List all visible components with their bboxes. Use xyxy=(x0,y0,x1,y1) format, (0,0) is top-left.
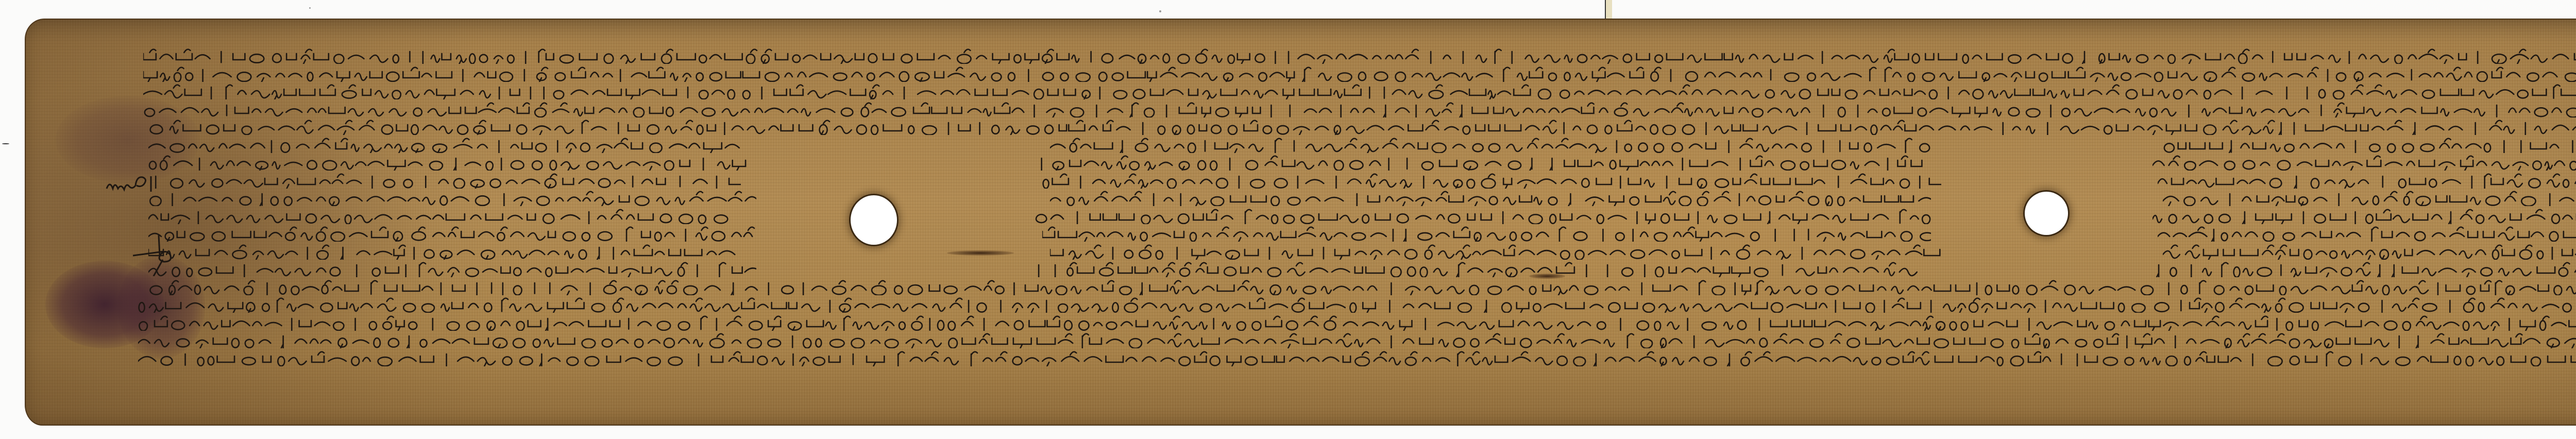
script-line xyxy=(2158,226,2576,242)
script-line xyxy=(148,173,741,189)
script-line xyxy=(143,102,2576,117)
script-line xyxy=(2153,155,2576,171)
script-line xyxy=(2163,191,2576,206)
script-line xyxy=(2158,173,2576,189)
script-line xyxy=(1050,138,1941,153)
palm-leaf: 2 8 7 xyxy=(25,19,2576,426)
string-hole-left xyxy=(851,195,897,245)
script-line xyxy=(148,280,2576,295)
script-line xyxy=(1035,209,1941,224)
scan-speck xyxy=(309,7,311,9)
script-line xyxy=(143,66,2576,82)
script-line xyxy=(148,138,741,153)
script-line xyxy=(1042,173,1941,189)
script-line xyxy=(1050,191,1931,206)
script-line xyxy=(138,297,2576,313)
script-line xyxy=(2153,262,2576,277)
script-line xyxy=(138,315,2576,331)
script-line xyxy=(1035,155,1931,171)
script-line xyxy=(148,120,2576,135)
scan-speck xyxy=(2,143,9,144)
scan-speck xyxy=(1159,10,1161,12)
string-hole-right xyxy=(2025,192,2068,235)
scorch-mark xyxy=(947,250,1014,256)
script-line xyxy=(1035,262,1931,277)
script-line xyxy=(148,262,756,277)
script-line xyxy=(1050,244,1941,260)
binding-strip xyxy=(1605,0,1612,19)
script-line xyxy=(138,333,2576,348)
script-line xyxy=(148,191,756,206)
script-line xyxy=(1042,226,1931,242)
script-line xyxy=(143,48,2576,64)
script-line xyxy=(148,155,756,171)
script-line xyxy=(148,226,756,242)
script-line xyxy=(148,209,741,224)
script-line xyxy=(2163,244,2576,260)
script-line xyxy=(138,351,2576,366)
script-line xyxy=(143,84,2576,99)
script-line xyxy=(148,244,741,260)
script-line xyxy=(2153,209,2576,224)
script-line xyxy=(2163,138,2576,153)
scorch-mark xyxy=(1529,274,1565,279)
